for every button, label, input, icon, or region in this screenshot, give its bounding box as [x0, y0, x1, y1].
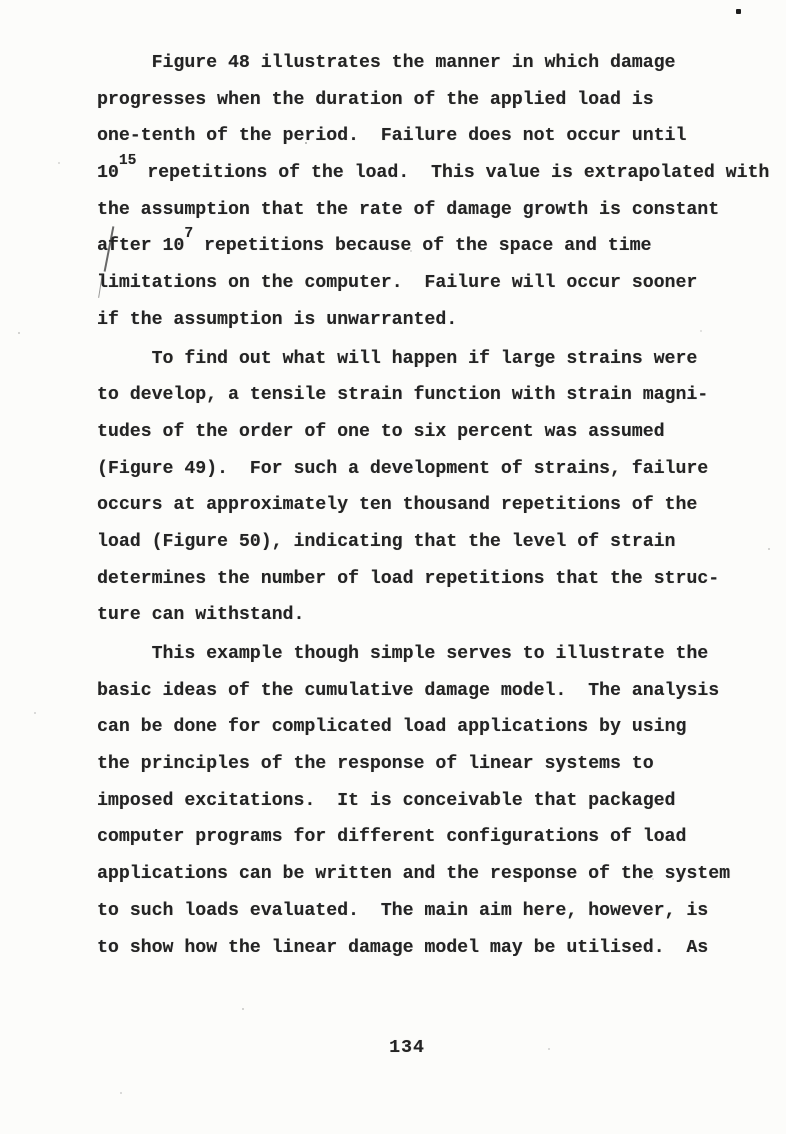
- text-line: tudes of the order of one to six percent…: [97, 414, 783, 451]
- text-line: limitations on the computer. Failure wil…: [97, 265, 783, 302]
- scan-speck: [410, 250, 412, 252]
- scan-speck: [700, 330, 702, 332]
- text-line: (Figure 49). For such a development of s…: [97, 451, 783, 488]
- text-line: This example though simple serves to ill…: [97, 636, 783, 673]
- text-line: Figure 48 illustrates the manner in whic…: [97, 45, 783, 82]
- page-number: 134: [0, 1038, 786, 1058]
- scan-speck: [652, 878, 654, 880]
- superscript: 7: [184, 226, 193, 242]
- paragraph: To find out what will happen if large st…: [97, 341, 783, 635]
- page-text: Figure 48 illustrates the manner in whic…: [97, 45, 783, 966]
- scan-speck: [455, 652, 457, 654]
- scan-speck: [768, 548, 770, 550]
- text-line: 1015 repetitions of the load. This value…: [97, 155, 783, 192]
- text-line: To find out what will happen if large st…: [97, 341, 783, 378]
- text-line: to such loads evaluated. The main aim he…: [97, 893, 783, 930]
- text-line: can be done for complicated load applica…: [97, 709, 783, 746]
- text-line: imposed excitations. It is conceivable t…: [97, 783, 783, 820]
- text-line: occurs at approximately ten thousand rep…: [97, 487, 783, 524]
- text-line: load (Figure 50), indicating that the le…: [97, 524, 783, 561]
- text-line: basic ideas of the cumulative damage mod…: [97, 673, 783, 710]
- text-line: to show how the linear damage model may …: [97, 930, 783, 967]
- text-line: determines the number of load repetition…: [97, 561, 783, 598]
- scan-speck: [242, 1008, 244, 1010]
- scan-artifact-ink-dot: [736, 9, 741, 14]
- superscript: 15: [119, 153, 136, 169]
- text-line: after 107 repetitions because of the spa…: [97, 228, 783, 265]
- scan-speck: [58, 162, 60, 164]
- text-line: ture can withstand.: [97, 597, 783, 634]
- paragraph: Figure 48 illustrates the manner in whic…: [97, 45, 783, 339]
- document-page: Figure 48 illustrates the manner in whic…: [0, 0, 786, 1134]
- text-line: progresses when the duration of the appl…: [97, 82, 783, 119]
- scan-speck: [18, 332, 20, 334]
- text-line: one-tenth of the period. Failure does no…: [97, 118, 783, 155]
- paragraph: This example though simple serves to ill…: [97, 636, 783, 966]
- text-line: if the assumption is unwarranted.: [97, 302, 783, 339]
- text-line: computer programs for different configur…: [97, 819, 783, 856]
- scan-speck: [305, 142, 307, 144]
- text-line: applications can be written and the resp…: [97, 856, 783, 893]
- text-line: the principles of the response of linear…: [97, 746, 783, 783]
- text-line: the assumption that the rate of damage g…: [97, 192, 783, 229]
- text-line: to develop, a tensile strain function wi…: [97, 377, 783, 414]
- scan-speck: [34, 712, 36, 714]
- scan-speck: [120, 1092, 122, 1094]
- scan-speck: [548, 1048, 550, 1050]
